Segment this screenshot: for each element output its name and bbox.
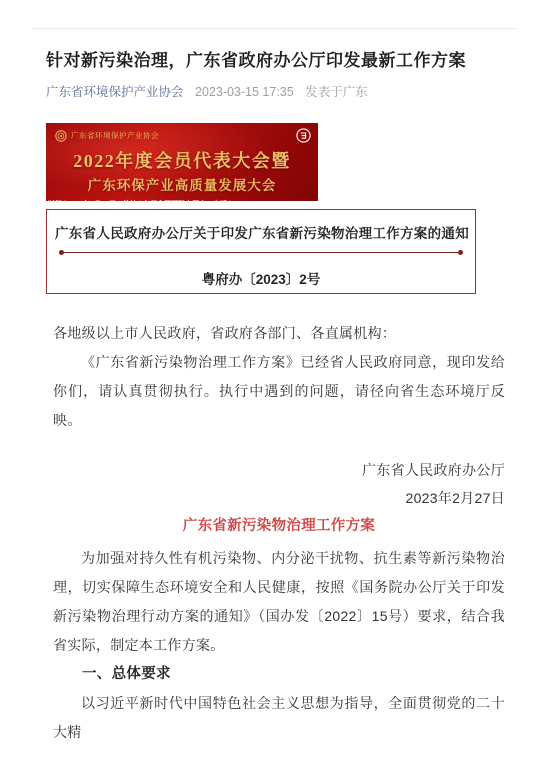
publish-timestamp: 2023-03-15 17:35 xyxy=(195,85,294,99)
article-title: 针对新污染治理，广东省政府办公厅印发最新工作方案 xyxy=(46,49,505,73)
signature-org: 广东省人民政府办公厅 xyxy=(53,456,505,484)
notice-title: 广东省人民政府办公厅关于印发广东省新污染物治理工作方案的通知 xyxy=(55,225,467,242)
byline: 广东省环境保护产业协会 2023-03-15 17:35 发表于广东 xyxy=(46,84,505,101)
banner-title-line1: 2022年度会员代表大会暨 xyxy=(46,147,318,173)
notice-divider xyxy=(60,252,462,253)
banner-brand-icon xyxy=(296,128,311,143)
salutation: 各地级以上市人民政府，省政府各部门、各直属机构： xyxy=(53,319,505,348)
section-1-text: 以习近平新时代中国特色社会主义思想为指导，全面贯彻党的二十大精 xyxy=(53,689,505,747)
section-1-heading: 一、总体要求 xyxy=(53,660,505,689)
banner-info-line: 时间 | 2023年3月31日 地址 | 东莞会展国际大酒店 电话 | 020-… xyxy=(46,199,318,201)
banner-title-line2: 广东环保产业高质量发展大会 xyxy=(46,174,318,194)
divider-dot-left xyxy=(59,250,64,255)
signature-date: 2023年2月27日 xyxy=(53,484,505,512)
notice-paragraph: 《广东省新污染物治理工作方案》已经省人民政府同意，现印发给你们，请认真贯彻执行。… xyxy=(53,348,505,435)
publish-location: 发表于广东 xyxy=(305,85,368,99)
doc-number: 粤府办〔2023〕2号 xyxy=(47,268,475,288)
divider-dot-right xyxy=(458,250,463,255)
signature-block: 广东省人民政府办公厅 2023年2月27日 xyxy=(53,456,505,512)
plan-intro-paragraph: 为加强对持久性有机污染物、内分泌干扰物、抗生素等新污染物治理，切实保障生态环境安… xyxy=(53,544,505,660)
association-logo-icon xyxy=(55,130,67,142)
header-divider xyxy=(32,28,518,29)
document-body: 各地级以上市人民政府，省政府各部门、各直属机构： 《广东省新污染物治理工作方案》… xyxy=(53,319,505,747)
banner-org-name: 广东省环境保护产业协会 xyxy=(71,130,296,141)
notice-box: 广东省人民政府办公厅关于印发广东省新污染物治理工作方案的通知 粤府办〔2023〕… xyxy=(46,209,476,294)
plan-title: 广东省新污染物治理工作方案 xyxy=(53,512,505,541)
account-link[interactable]: 广东省环境保护产业协会 xyxy=(46,85,184,99)
banner-header: 广东省环境保护产业协会 xyxy=(46,123,318,143)
conference-banner-image[interactable]: 广东省环境保护产业协会 2022年度会员代表大会暨 广东环保产业高质量发展大会 … xyxy=(46,123,318,201)
article-page: 针对新污染治理，广东省政府办公厅印发最新工作方案 广东省环境保护产业协会 202… xyxy=(0,0,550,776)
